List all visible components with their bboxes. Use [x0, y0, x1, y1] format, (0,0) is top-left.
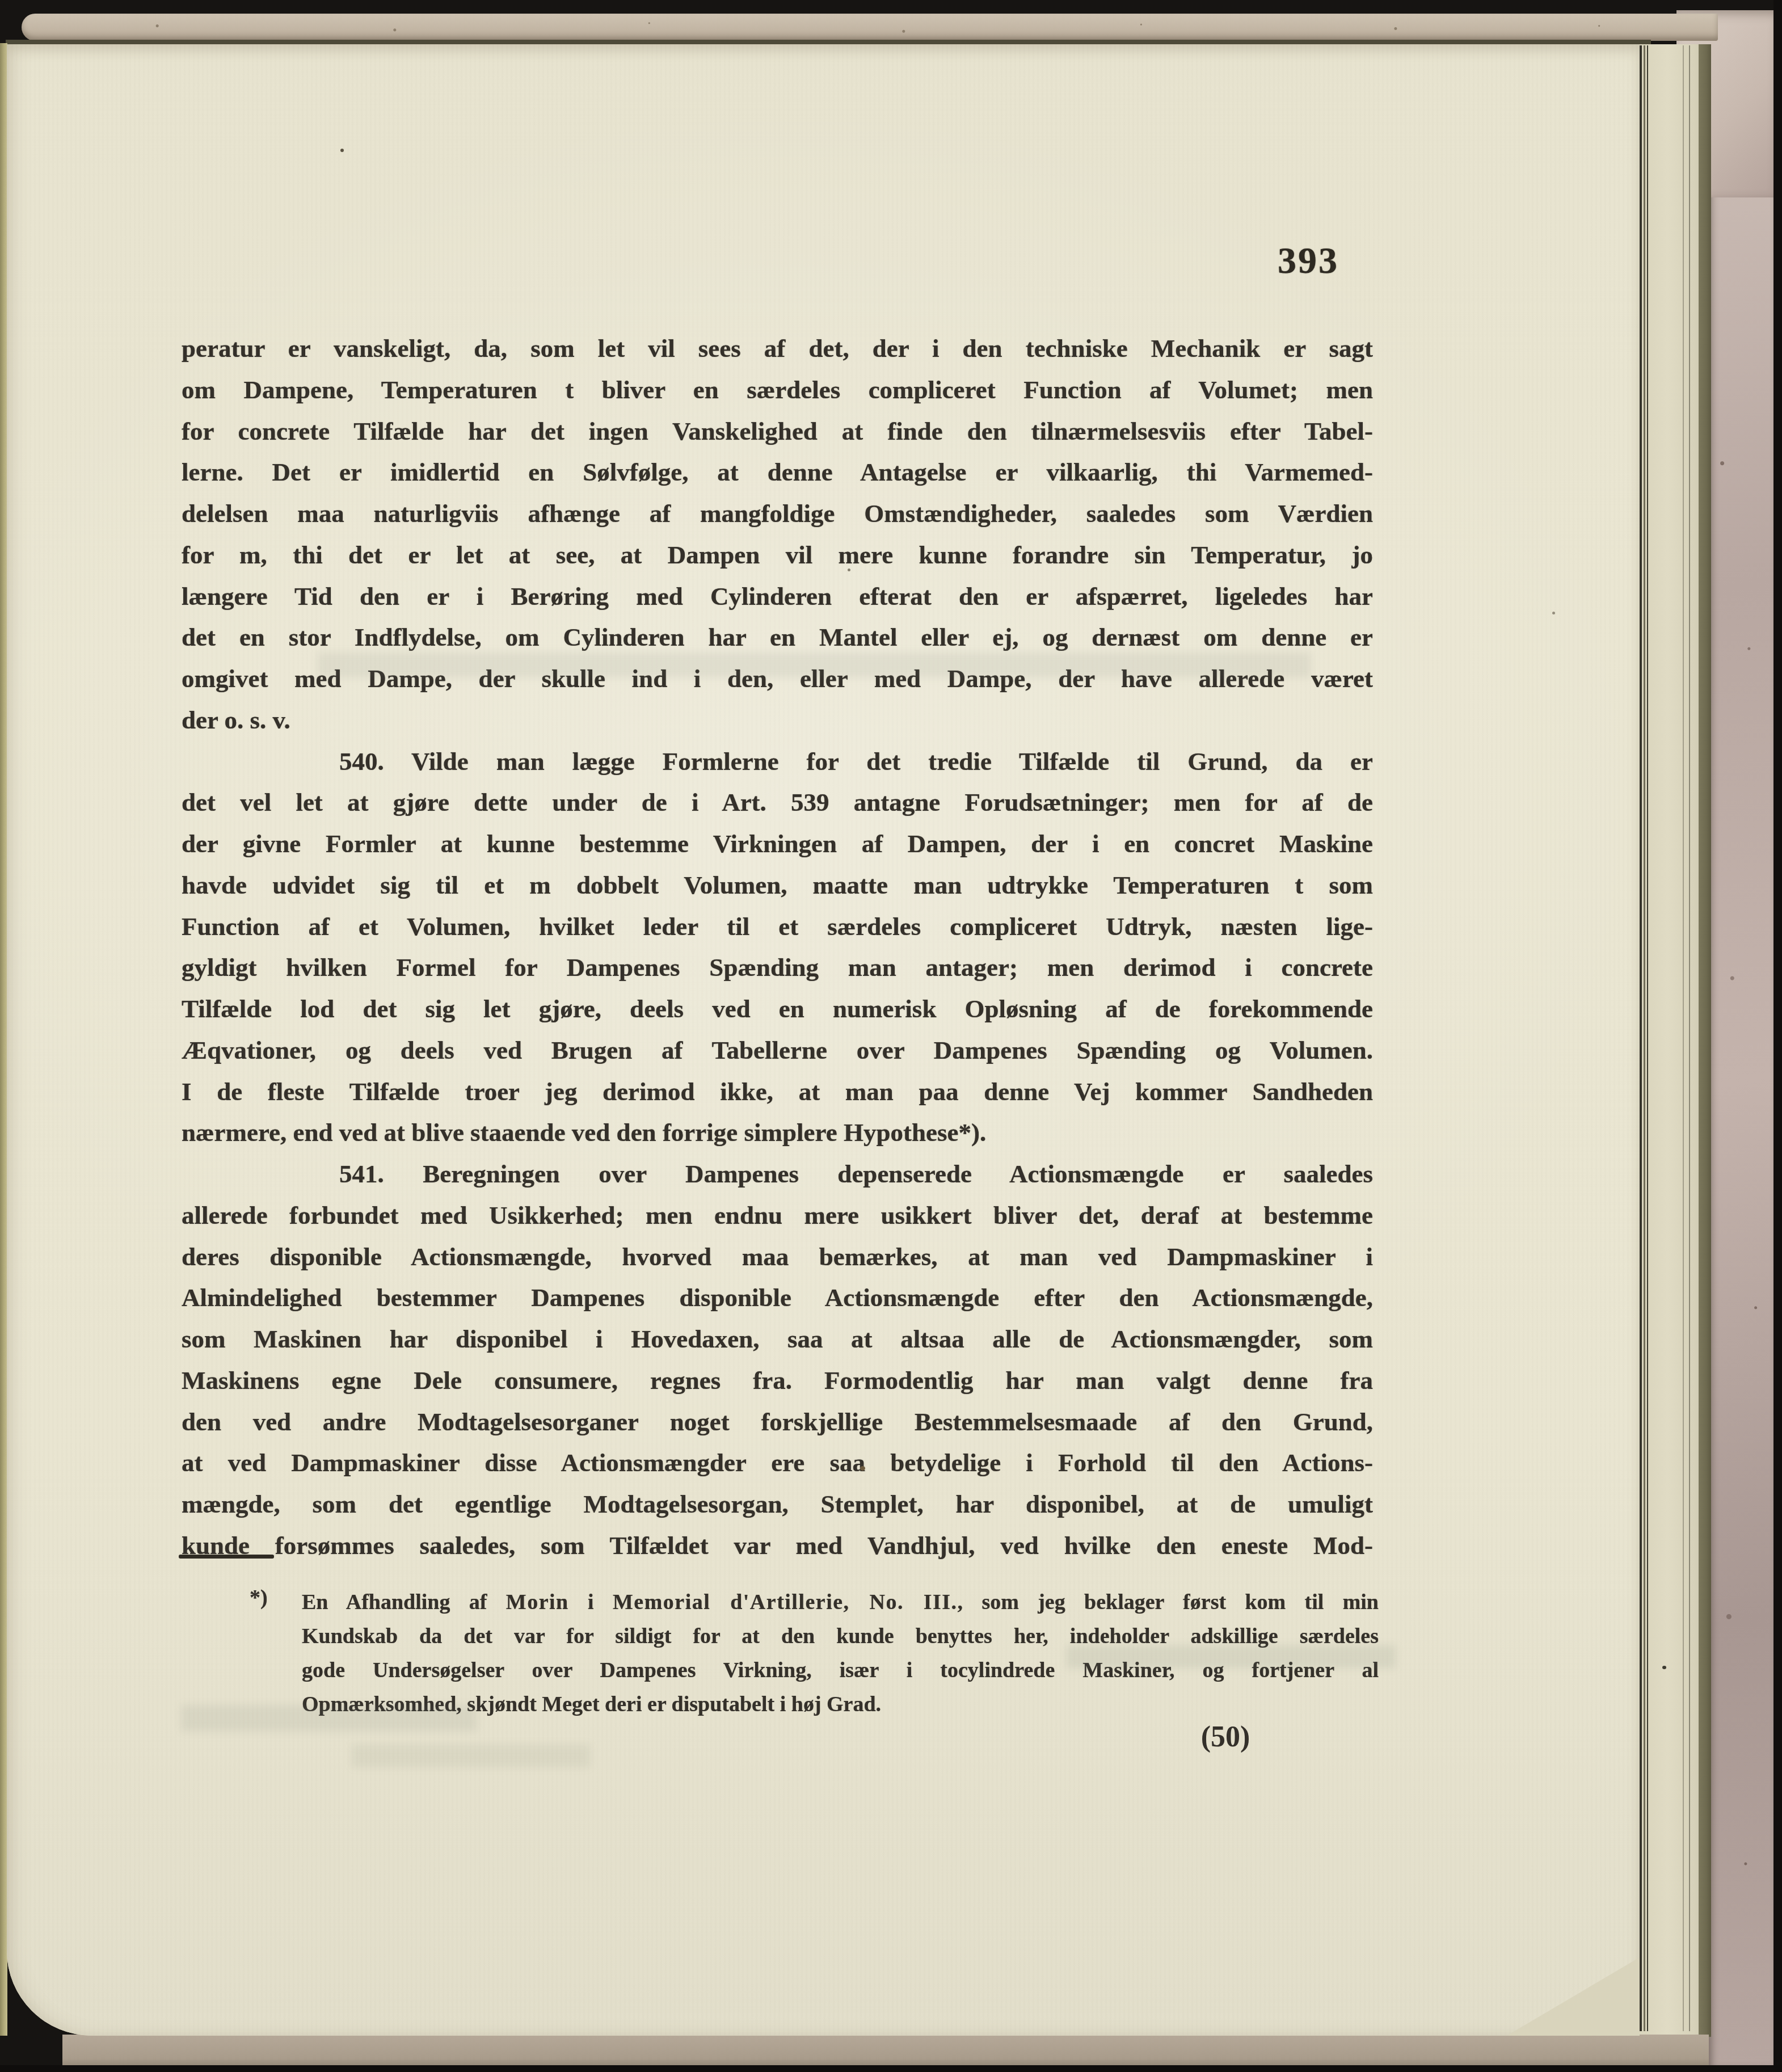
text-line: Function af et Volumen, hvilket leder ti… — [182, 906, 1373, 947]
scan-edge-right — [1773, 0, 1782, 2072]
text-line: 540. Vilde man lægge Formlerne for det t… — [182, 741, 1373, 782]
fraktur-text: En Afhandling af — [302, 1590, 506, 1614]
text-line: Maskinens egne Dele consumere, regnes fr… — [182, 1360, 1373, 1401]
paragraph: 540. Vilde man lægge Formlerne for det t… — [182, 741, 1373, 1154]
paragraph: peratur er vanskeligt, da, som let vil s… — [182, 328, 1373, 741]
text-line: mængde, som det egentlige Modtagelsesorg… — [182, 1484, 1373, 1525]
dust-speck — [238, 885, 241, 887]
book-scan: 393 peratur er vanskeligt, da, som let v… — [0, 0, 1782, 2072]
text-line: der o. s. v. — [182, 700, 1373, 741]
text-line: for concrete Tilfælde har det ingen Vans… — [182, 411, 1373, 452]
dust-speck — [1552, 612, 1555, 614]
footnote-line: Opmærksomhed, skjøndt Meget deri er disp… — [250, 1687, 1379, 1721]
text-line: Almindelighed bestemmer Dampenes disponi… — [182, 1277, 1373, 1319]
paragraph: 541. Beregningen over Dampenes depensere… — [182, 1153, 1373, 1566]
book-cover-board-bottom — [62, 2035, 1709, 2069]
dust-speck — [340, 149, 344, 152]
footnote: *) En Afhandling af Morin i Memorial d'A… — [250, 1585, 1379, 1721]
text-line: at ved Dampmaskiner disse Actionsmængder… — [182, 1442, 1373, 1484]
footnote-rule — [179, 1555, 274, 1559]
text-line: Æqvationer, og deels ved Brugen af Tabel… — [182, 1030, 1373, 1071]
text-line: Tilfælde lod det sig let gjøre, deels ve… — [182, 988, 1373, 1030]
fraktur-text: , som jeg beklager først kom til min — [958, 1590, 1379, 1614]
antiqua-text: Morin — [506, 1590, 569, 1614]
fraktur-text: i — [569, 1590, 613, 1614]
text-line: gyldigt hvilken Formel for Dampenes Spæn… — [182, 947, 1373, 988]
dust-speck — [1662, 1666, 1666, 1669]
page-edge-line — [1644, 45, 1645, 2031]
scan-edge-bottom — [0, 2065, 1782, 2072]
fore-edge-gap — [1699, 44, 1711, 2037]
text-line: det en stor Indflydelse, om Cylinderen h… — [182, 617, 1373, 658]
signature-mark: (50) — [1163, 1720, 1288, 1754]
page-edge-line — [1640, 45, 1642, 2031]
book-top-page-edges — [22, 14, 1718, 41]
body-text: peratur er vanskeligt, da, som let vil s… — [182, 328, 1373, 1566]
text-line: lerne. Det er imidlertid en Sølvfølge, a… — [182, 452, 1373, 493]
text-line: 541. Beregningen over Dampenes depensere… — [182, 1153, 1373, 1195]
footnote-line: gode Undersøgelser over Dampenes Virknin… — [250, 1653, 1379, 1687]
text-line: for m, thi det er let at see, at Dampen … — [182, 534, 1373, 576]
page-edge-line — [1689, 45, 1690, 2031]
text-line: som Maskinen har disponibel i Hovedaxen,… — [182, 1319, 1373, 1360]
dust-speck — [860, 1466, 865, 1471]
footnote-line: Kundskab da det var for sildigt for at d… — [250, 1619, 1379, 1653]
book-cover-board-right — [1709, 10, 1776, 2070]
text-line: deres disponible Actionsmængde, hvorved … — [182, 1236, 1373, 1278]
text-line: peratur er vanskeligt, da, som let vil s… — [182, 328, 1373, 369]
footnote-marker: *) — [250, 1585, 295, 1610]
text-line: om Dampene, Temperaturen t bliver en sær… — [182, 369, 1373, 411]
text-line: længere Tid den er i Berøring med Cylind… — [182, 576, 1373, 617]
text-line: den ved andre Modtagelsesorganer noget f… — [182, 1401, 1373, 1443]
text-line: det vel let at gjøre dette under de i Ar… — [182, 782, 1373, 823]
footnote-line: En Afhandling af Morin i Memorial d'Arti… — [250, 1585, 1379, 1619]
text-line: nærmere, end ved at blive staaende ved d… — [182, 1112, 1373, 1153]
text-line: delelsen maa naturligviis afhænge af man… — [182, 493, 1373, 534]
page-edge-line — [1647, 45, 1648, 2031]
dust-speck — [848, 568, 850, 571]
text-line: omgivet med Dampe, der skulle ind i den,… — [182, 658, 1373, 700]
antiqua-text: Memorial d'Artillerie, No. III. — [613, 1590, 958, 1614]
text-line: allerede forbundet med Usikkerhed; men e… — [182, 1195, 1373, 1236]
page-top-shadow-line — [6, 40, 1651, 44]
page-number: 393 — [1230, 239, 1339, 283]
text-line: kunde forsømmes saaledes, som Tilfældet … — [182, 1525, 1373, 1566]
page-edge-line — [1683, 45, 1684, 2031]
text-line: I de fleste Tilfælde troer jeg derimod i… — [182, 1071, 1373, 1113]
text-line: der givne Formler at kunne bestemme Virk… — [182, 823, 1373, 865]
text-line: havde udvidet sig til et m dobbelt Volum… — [182, 865, 1373, 906]
